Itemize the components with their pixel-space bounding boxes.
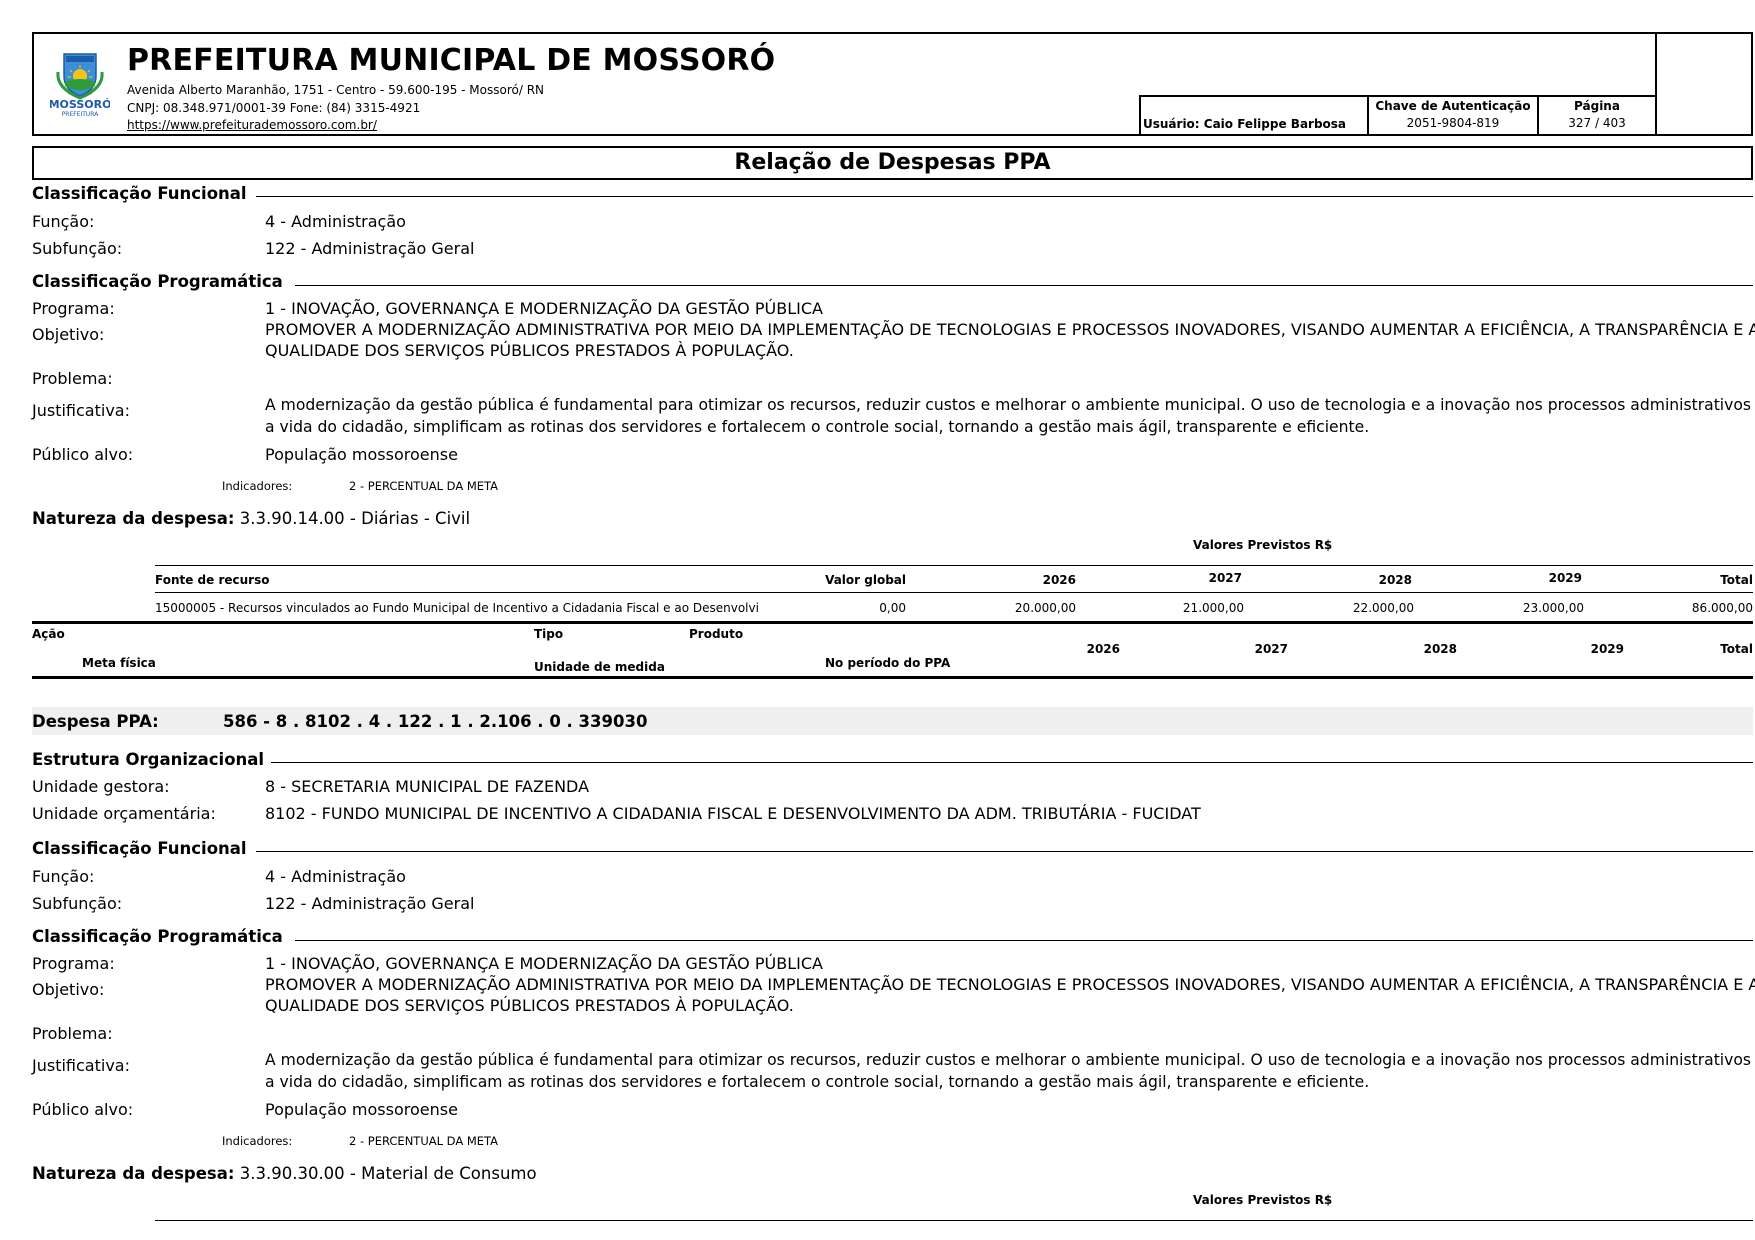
- page-number: 327 / 403: [1539, 116, 1655, 130]
- table-bottom-rule: [32, 621, 1753, 624]
- natureza-value: 3.3.90.14.00 - Diárias - Civil: [240, 509, 470, 528]
- col-acao-total: Total: [1673, 642, 1753, 656]
- valores-previstos-heading: Valores Previstos R$: [1193, 538, 1332, 552]
- section-heading-classificacao-funcional: Classificação Funcional: [32, 184, 247, 203]
- col-acao: Ação: [32, 627, 65, 641]
- col-acao-2026: 2026: [1040, 642, 1120, 656]
- col-acao-2027: 2027: [1208, 642, 1288, 656]
- natureza-value: 3.3.90.30.00 - Material de Consumo: [240, 1164, 537, 1183]
- indicadores-value: 2 - PERCENTUAL DA META: [349, 479, 498, 493]
- unidade-orcamentaria-label: Unidade orçamentária:: [32, 804, 216, 823]
- justificativa-line-2: a vida do cidadão, simplificam as rotina…: [265, 1073, 1369, 1091]
- natureza-despesa: Natureza da despesa: 3.3.90.14.00 - Diár…: [32, 509, 470, 528]
- col-2027: 2027: [1150, 571, 1242, 585]
- value-2026-cell: 20.000,00: [980, 601, 1076, 615]
- col-tipo: Tipo: [534, 627, 563, 641]
- section-rule: [256, 196, 1753, 197]
- indicadores-value: 2 - PERCENTUAL DA META: [349, 1134, 498, 1148]
- problema-label: Problema:: [32, 369, 113, 388]
- value-2029-cell: 23.000,00: [1490, 601, 1584, 615]
- objetivo-line-2: QUALIDADE DOS SERVIÇOS PÚBLICOS PRESTADO…: [265, 996, 794, 1015]
- funcao-label: Função:: [32, 212, 94, 231]
- section-heading-estrutura-organizacional: Estrutura Organizacional: [32, 750, 264, 769]
- col-total: Total: [1660, 573, 1753, 587]
- value-2027-cell: 21.000,00: [1150, 601, 1244, 615]
- svg-text:MOSSORÓ: MOSSORÓ: [50, 98, 110, 111]
- justificativa-line-1: A modernização da gestão pública é funda…: [265, 1051, 1755, 1069]
- col-acao-2029: 2029: [1544, 642, 1624, 656]
- problema-label: Problema:: [32, 1024, 113, 1043]
- subfuncao-value: 122 - Administração Geral: [265, 894, 474, 913]
- col-2026: 2026: [980, 573, 1076, 587]
- publico-alvo-label: Público alvo:: [32, 1100, 133, 1119]
- col-fonte-recurso: Fonte de recurso: [155, 573, 269, 587]
- despesa-ppa-code: 586 - 8 . 8102 . 4 . 122 . 1 . 2.106 . 0…: [223, 712, 647, 731]
- subfuncao-label: Subfunção:: [32, 239, 122, 258]
- header-right-spacer: [1655, 32, 1753, 136]
- col-unidade-medida: Unidade de medida: [534, 660, 665, 674]
- col-no-periodo-ppa: No período do PPA: [825, 656, 950, 670]
- section-heading-classificacao-programatica-2: Classificação Programática: [32, 927, 283, 946]
- natureza-despesa: Natureza da despesa: 3.3.90.30.00 - Mate…: [32, 1164, 537, 1183]
- funcao-label: Função:: [32, 867, 94, 886]
- acao-table-bottom-rule: [32, 676, 1753, 679]
- institution-title: PREFEITURA MUNICIPAL DE MOSSORÓ: [127, 43, 775, 78]
- section-heading-classificacao-funcional-2: Classificação Funcional: [32, 839, 247, 858]
- funcao-value: 4 - Administração: [265, 212, 406, 231]
- despesa-ppa-label: Despesa PPA:: [32, 712, 159, 731]
- col-meta-fisica: Meta física: [82, 656, 156, 670]
- col-acao-2028: 2028: [1377, 642, 1457, 656]
- report-title: Relação de Despesas PPA: [32, 146, 1753, 180]
- institution-address: Avenida Alberto Maranhão, 1751 - Centro …: [127, 83, 544, 97]
- funcao-value: 4 - Administração: [265, 867, 406, 886]
- table-header-rule: [155, 592, 1753, 593]
- fonte-recurso-cell: 15000005 - Recursos vinculados ao Fundo …: [155, 601, 759, 615]
- institution-website-link[interactable]: https://www.prefeiturademossoro.com.br/: [127, 118, 377, 132]
- subfuncao-label: Subfunção:: [32, 894, 122, 913]
- objetivo-line-1: PROMOVER A MODERNIZAÇÃO ADMINISTRATIVA P…: [265, 975, 1755, 994]
- unidade-orcamentaria-value: 8102 - FUNDO MUNICIPAL DE INCENTIVO A CI…: [265, 804, 1201, 823]
- auth-key-label: Chave de Autenticação: [1369, 99, 1537, 113]
- objetivo-line-2: QUALIDADE DOS SERVIÇOS PÚBLICOS PRESTADO…: [265, 341, 794, 360]
- programa-label: Programa:: [32, 299, 115, 318]
- institution-cnpj: CNPJ: 08.348.971/0001-39 Fone: (84) 3315…: [127, 101, 420, 115]
- justificativa-line-2: a vida do cidadão, simplificam as rotina…: [265, 418, 1369, 436]
- col-produto: Produto: [689, 627, 743, 641]
- page-cell: Página 327 / 403: [1537, 95, 1655, 136]
- user-label: Usuário: Caio Felippe Barbosa: [1143, 117, 1346, 131]
- auth-key-cell: Chave de Autenticação 2051-9804-819: [1367, 95, 1537, 136]
- programa-value: 1 - INOVAÇÃO, GOVERNANÇA E MODERNIZAÇÃO …: [265, 954, 823, 973]
- section-rule: [271, 762, 1753, 763]
- objetivo-label: Objetivo:: [32, 980, 104, 999]
- publico-alvo-value: População mossoroense: [265, 445, 458, 464]
- table-top-rule: [155, 565, 1753, 566]
- indicadores-label: Indicadores:: [222, 479, 292, 493]
- justificativa-line-1: A modernização da gestão pública é funda…: [265, 396, 1755, 414]
- page-label: Página: [1539, 99, 1655, 113]
- valor-global-cell: 0,00: [780, 601, 906, 615]
- justificativa-label: Justificativa:: [32, 1056, 130, 1075]
- unidade-gestora-value: 8 - SECRETARIA MUNICIPAL DE FAZENDA: [265, 777, 589, 796]
- section-rule: [295, 940, 1753, 941]
- subfuncao-value: 122 - Administração Geral: [265, 239, 474, 258]
- coat-of-arms-icon: MOSSORÓ PREFEITURA: [50, 50, 110, 118]
- natureza-label: Natureza da despesa:: [32, 509, 234, 528]
- indicadores-label: Indicadores:: [222, 1134, 292, 1148]
- total-cell: 86.000,00: [1660, 601, 1753, 615]
- svg-text:PREFEITURA: PREFEITURA: [62, 111, 100, 118]
- col-2029: 2029: [1490, 571, 1582, 585]
- publico-alvo-value: População mossoroense: [265, 1100, 458, 1119]
- objetivo-label: Objetivo:: [32, 325, 104, 344]
- table-top-rule: [155, 1220, 1753, 1221]
- publico-alvo-label: Público alvo:: [32, 445, 133, 464]
- col-2028: 2028: [1320, 573, 1412, 587]
- value-2028-cell: 22.000,00: [1320, 601, 1414, 615]
- section-rule: [295, 285, 1753, 286]
- col-valor-global: Valor global: [780, 573, 906, 587]
- objetivo-line-1: PROMOVER A MODERNIZAÇÃO ADMINISTRATIVA P…: [265, 320, 1755, 339]
- programa-value: 1 - INOVAÇÃO, GOVERNANÇA E MODERNIZAÇÃO …: [265, 299, 823, 318]
- natureza-label: Natureza da despesa:: [32, 1164, 234, 1183]
- auth-key-value: 2051-9804-819: [1369, 116, 1537, 130]
- unidade-gestora-label: Unidade gestora:: [32, 777, 170, 796]
- section-rule: [256, 851, 1753, 852]
- justificativa-label: Justificativa:: [32, 401, 130, 420]
- valores-previstos-heading: Valores Previstos R$: [1193, 1193, 1332, 1207]
- section-heading-classificacao-programatica: Classificação Programática: [32, 272, 283, 291]
- mossoro-logo: MOSSORÓ PREFEITURA: [50, 50, 110, 118]
- programa-label: Programa:: [32, 954, 115, 973]
